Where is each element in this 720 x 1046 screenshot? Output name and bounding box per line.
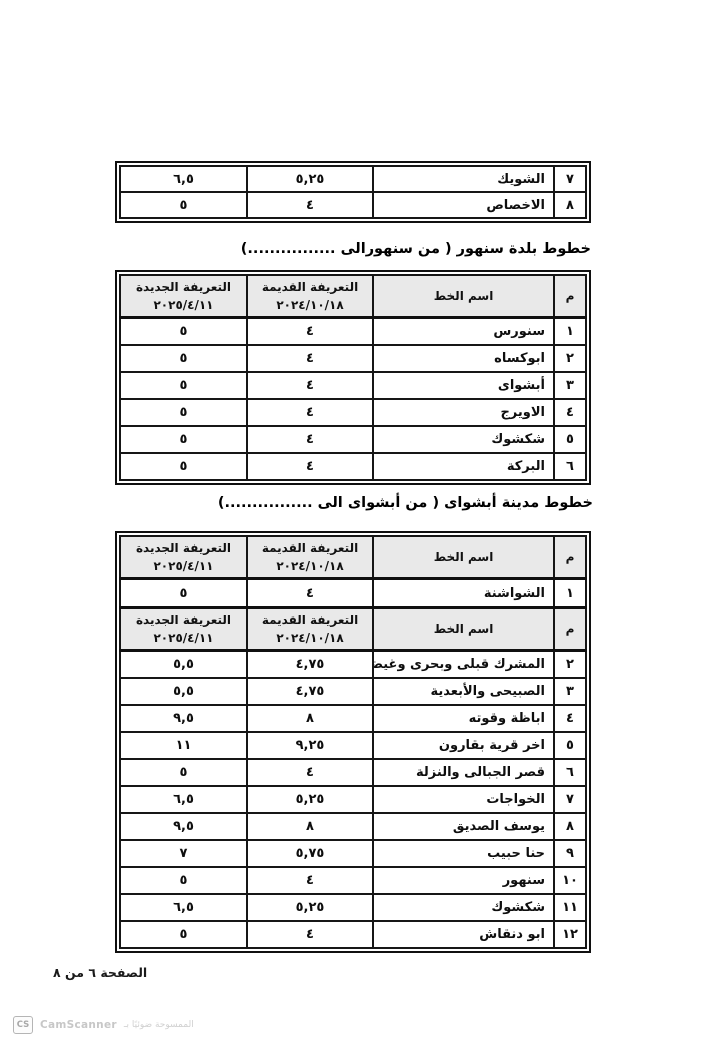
table-header-row-repeated: م اسم الخط التعريفة القديمة ٢٠٢٤/١٠/١٨ ا… bbox=[120, 608, 586, 651]
camscanner-watermark: CS CamScanner الممسوحة ضوئيًا بـ bbox=[13, 1016, 194, 1034]
old-tariff-cell: ٤ bbox=[247, 759, 373, 786]
table-row: ١ سنورس ٤ ٥ bbox=[120, 318, 586, 346]
col-old-tariff-label: التعريفة القديمة bbox=[250, 539, 370, 557]
new-tariff-cell: ٩,٥ bbox=[120, 813, 247, 840]
row-number: ١٢ bbox=[554, 921, 586, 948]
table-row: ٢ ابوكساه ٤ ٥ bbox=[120, 345, 586, 372]
new-tariff-cell: ٦,٥ bbox=[120, 786, 247, 813]
camscanner-cs-icon: CS bbox=[13, 1016, 33, 1034]
row-number: ٢ bbox=[554, 651, 586, 679]
row-number: ٦ bbox=[554, 453, 586, 480]
line-name-cell: البركة bbox=[373, 453, 554, 480]
col-old-tariff-label: التعريفة القديمة bbox=[250, 611, 370, 629]
senhour-lines-table: م اسم الخط التعريفة القديمة ٢٠٢٤/١٠/١٨ ا… bbox=[115, 270, 591, 485]
continued-tariff-table: ٧ الشويك ٥,٢٥ ٦,٥ ٨ الاخصاص ٤ ٥ bbox=[115, 161, 591, 223]
col-line-name: اسم الخط bbox=[373, 275, 554, 318]
line-name-cell: الشواشنة bbox=[373, 579, 554, 608]
line-name-cell: سنهور bbox=[373, 867, 554, 894]
old-tariff-cell: ٤ bbox=[247, 318, 373, 346]
row-number: ٧ bbox=[554, 166, 586, 192]
old-tariff-cell: ٤ bbox=[247, 921, 373, 948]
old-tariff-cell: ٤,٧٥ bbox=[247, 678, 373, 705]
col-old-tariff: التعريفة القديمة ٢٠٢٤/١٠/١٨ bbox=[247, 536, 373, 579]
col-new-tariff: التعريفة الجديدة ٢٠٢٥/٤/١١ bbox=[120, 275, 247, 318]
old-tariff-cell: ٥,٢٥ bbox=[247, 166, 373, 192]
new-tariff-cell: ٥ bbox=[120, 399, 247, 426]
line-name-cell: شكشوك bbox=[373, 894, 554, 921]
row-number: ٣ bbox=[554, 678, 586, 705]
new-tariff-cell: ٥ bbox=[120, 372, 247, 399]
new-tariff-cell: ٦,٥ bbox=[120, 894, 247, 921]
continued-tariff-table-grid: ٧ الشويك ٥,٢٥ ٦,٥ ٨ الاخصاص ٤ ٥ bbox=[119, 165, 587, 219]
table-header-row: م اسم الخط التعريفة القديمة ٢٠٢٤/١٠/١٨ ا… bbox=[120, 275, 586, 318]
table-header-row: م اسم الخط التعريفة القديمة ٢٠٢٤/١٠/١٨ ا… bbox=[120, 536, 586, 579]
table-row: ٨ يوسف الصديق ٨ ٩,٥ bbox=[120, 813, 586, 840]
line-name-cell: الخواجات bbox=[373, 786, 554, 813]
col-old-tariff-date: ٢٠٢٤/١٠/١٨ bbox=[250, 296, 370, 314]
line-name-cell: الاويرج bbox=[373, 399, 554, 426]
table-row: ٣ الصبيحى والأبعدية ٤,٧٥ ٥,٥ bbox=[120, 678, 586, 705]
new-tariff-cell: ٧ bbox=[120, 840, 247, 867]
abshway-lines-table-grid: م اسم الخط التعريفة القديمة ٢٠٢٤/١٠/١٨ ا… bbox=[119, 535, 587, 949]
section-title-abshway: خطوط مدينة أبشواى ( من أبشواى الى ......… bbox=[218, 495, 593, 511]
new-tariff-cell: ٥ bbox=[120, 318, 247, 346]
col-old-tariff: التعريفة القديمة ٢٠٢٤/١٠/١٨ bbox=[247, 608, 373, 651]
col-new-tariff: التعريفة الجديدة ٢٠٢٥/٤/١١ bbox=[120, 608, 247, 651]
table-row: ١ الشواشنة ٤ ٥ bbox=[120, 579, 586, 608]
table-row: ٣ أبشواى ٤ ٥ bbox=[120, 372, 586, 399]
row-number: ٤ bbox=[554, 399, 586, 426]
line-name-cell: سنورس bbox=[373, 318, 554, 346]
new-tariff-cell: ٩,٥ bbox=[120, 705, 247, 732]
table-row: ٧ الخواجات ٥,٢٥ ٦,٥ bbox=[120, 786, 586, 813]
col-new-tariff-date: ٢٠٢٥/٤/١١ bbox=[123, 629, 244, 647]
col-new-tariff-date: ٢٠٢٥/٤/١١ bbox=[123, 557, 244, 575]
abshway-lines-table: م اسم الخط التعريفة القديمة ٢٠٢٤/١٠/١٨ ا… bbox=[115, 531, 591, 953]
table-row: ١٢ ابو دنقاش ٤ ٥ bbox=[120, 921, 586, 948]
line-name-cell: الاخصاص bbox=[373, 192, 554, 218]
old-tariff-cell: ٤ bbox=[247, 399, 373, 426]
new-tariff-cell: ٥ bbox=[120, 759, 247, 786]
table-row: ٥ شكشوك ٤ ٥ bbox=[120, 426, 586, 453]
table-row: ٦ البركة ٤ ٥ bbox=[120, 453, 586, 480]
line-name-cell: أبشواى bbox=[373, 372, 554, 399]
new-tariff-cell: ٥ bbox=[120, 921, 247, 948]
line-name-cell: ابو دنقاش bbox=[373, 921, 554, 948]
table-row: ١١ شكشوك ٥,٢٥ ٦,٥ bbox=[120, 894, 586, 921]
line-name-cell: الصبيحى والأبعدية bbox=[373, 678, 554, 705]
line-name-cell: اخر قرية بقارون bbox=[373, 732, 554, 759]
new-tariff-cell: ٥ bbox=[120, 345, 247, 372]
new-tariff-cell: ٥ bbox=[120, 453, 247, 480]
old-tariff-cell: ٤ bbox=[247, 579, 373, 608]
old-tariff-cell: ٨ bbox=[247, 705, 373, 732]
table-row: ٢ المشرك قبلى وبحرى وغيضان ٤,٧٥ ٥,٥ bbox=[120, 651, 586, 679]
col-old-tariff-label: التعريفة القديمة bbox=[250, 278, 370, 296]
col-old-tariff: التعريفة القديمة ٢٠٢٤/١٠/١٨ bbox=[247, 275, 373, 318]
col-old-tariff-date: ٢٠٢٤/١٠/١٨ bbox=[250, 629, 370, 647]
old-tariff-cell: ٤ bbox=[247, 867, 373, 894]
old-tariff-cell: ٤ bbox=[247, 192, 373, 218]
row-number: ٨ bbox=[554, 192, 586, 218]
col-new-tariff-label: التعريفة الجديدة bbox=[123, 539, 244, 557]
line-name-cell: اباظة وقوته bbox=[373, 705, 554, 732]
col-old-tariff-date: ٢٠٢٤/١٠/١٨ bbox=[250, 557, 370, 575]
row-number: ٦ bbox=[554, 759, 586, 786]
new-tariff-cell: ٥,٥ bbox=[120, 651, 247, 679]
row-number: ٤ bbox=[554, 705, 586, 732]
old-tariff-cell: ٤ bbox=[247, 426, 373, 453]
col-line-name: اسم الخط bbox=[373, 608, 554, 651]
new-tariff-cell: ٥,٥ bbox=[120, 678, 247, 705]
col-index: م bbox=[554, 608, 586, 651]
new-tariff-cell: ٥ bbox=[120, 579, 247, 608]
col-new-tariff: التعريفة الجديدة ٢٠٢٥/٤/١١ bbox=[120, 536, 247, 579]
row-number: ٩ bbox=[554, 840, 586, 867]
col-new-tariff-label: التعريفة الجديدة bbox=[123, 611, 244, 629]
section-title-senhour: خطوط بلدة سنهور ( من سنهورالى ..........… bbox=[241, 241, 591, 257]
new-tariff-cell: ٥ bbox=[120, 192, 247, 218]
line-name-cell: المشرك قبلى وبحرى وغيضان bbox=[373, 651, 554, 679]
row-number: ٢ bbox=[554, 345, 586, 372]
old-tariff-cell: ٥,٢٥ bbox=[247, 786, 373, 813]
line-name-cell: الشويك bbox=[373, 166, 554, 192]
row-number: ١٠ bbox=[554, 867, 586, 894]
old-tariff-cell: ٤ bbox=[247, 453, 373, 480]
old-tariff-cell: ٤,٧٥ bbox=[247, 651, 373, 679]
line-name-cell: ابوكساه bbox=[373, 345, 554, 372]
old-tariff-cell: ٥,٢٥ bbox=[247, 894, 373, 921]
camscanner-brand-text: CamScanner bbox=[40, 1019, 117, 1031]
row-number: ١١ bbox=[554, 894, 586, 921]
page-number-footer: الصفحة ٦ من ٨ bbox=[53, 965, 147, 980]
table-row: ٦ قصر الجبالى والنزلة ٤ ٥ bbox=[120, 759, 586, 786]
line-name-cell: يوسف الصديق bbox=[373, 813, 554, 840]
table-row: ٧ الشويك ٥,٢٥ ٦,٥ bbox=[120, 166, 586, 192]
row-number: ٥ bbox=[554, 732, 586, 759]
col-new-tariff-date: ٢٠٢٥/٤/١١ bbox=[123, 296, 244, 314]
new-tariff-cell: ٥ bbox=[120, 867, 247, 894]
line-name-cell: شكشوك bbox=[373, 426, 554, 453]
old-tariff-cell: ٤ bbox=[247, 345, 373, 372]
row-number: ٨ bbox=[554, 813, 586, 840]
line-name-cell: حنا حبيب bbox=[373, 840, 554, 867]
new-tariff-cell: ٥ bbox=[120, 426, 247, 453]
old-tariff-cell: ٥,٧٥ bbox=[247, 840, 373, 867]
senhour-lines-table-grid: م اسم الخط التعريفة القديمة ٢٠٢٤/١٠/١٨ ا… bbox=[119, 274, 587, 481]
table-row: ٨ الاخصاص ٤ ٥ bbox=[120, 192, 586, 218]
line-name-cell: قصر الجبالى والنزلة bbox=[373, 759, 554, 786]
camscanner-arabic-text: الممسوحة ضوئيًا بـ bbox=[124, 1020, 194, 1030]
old-tariff-cell: ٤ bbox=[247, 372, 373, 399]
old-tariff-cell: ٩,٢٥ bbox=[247, 732, 373, 759]
col-index: م bbox=[554, 536, 586, 579]
table-row: ١٠ سنهور ٤ ٥ bbox=[120, 867, 586, 894]
row-number: ٣ bbox=[554, 372, 586, 399]
new-tariff-cell: ٦,٥ bbox=[120, 166, 247, 192]
col-line-name: اسم الخط bbox=[373, 536, 554, 579]
new-tariff-cell: ١١ bbox=[120, 732, 247, 759]
table-row: ٤ اباظة وقوته ٨ ٩,٥ bbox=[120, 705, 586, 732]
table-row: ٥ اخر قرية بقارون ٩,٢٥ ١١ bbox=[120, 732, 586, 759]
col-index: م bbox=[554, 275, 586, 318]
old-tariff-cell: ٨ bbox=[247, 813, 373, 840]
row-number: ١ bbox=[554, 579, 586, 608]
row-number: ٧ bbox=[554, 786, 586, 813]
table-row: ٤ الاويرج ٤ ٥ bbox=[120, 399, 586, 426]
row-number: ١ bbox=[554, 318, 586, 346]
row-number: ٥ bbox=[554, 426, 586, 453]
table-row: ٩ حنا حبيب ٥,٧٥ ٧ bbox=[120, 840, 586, 867]
col-new-tariff-label: التعريفة الجديدة bbox=[123, 278, 244, 296]
